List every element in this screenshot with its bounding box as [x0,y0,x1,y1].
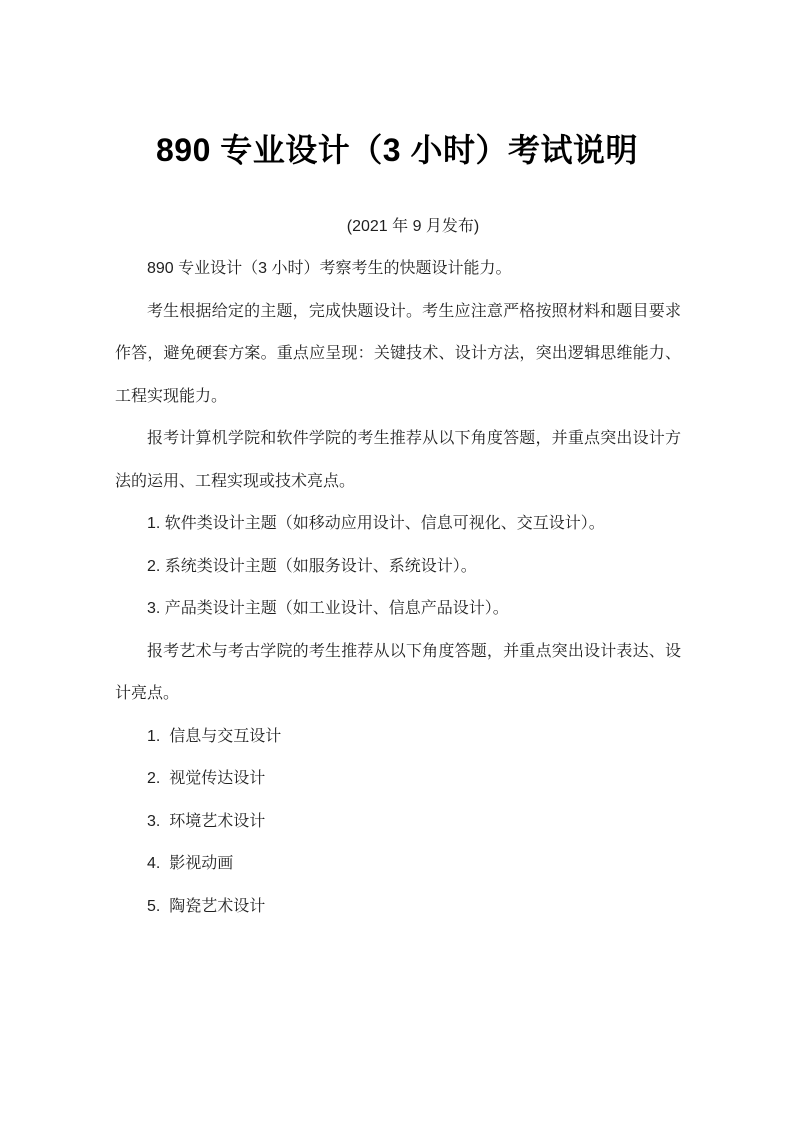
list-item-cs-topic-3: 3. 产品类设计主题（如工业设计、信息产品设计）。 [115,588,681,631]
list-item-art-topic-5: 5. 陶瓷艺术设计 [115,886,681,929]
list-item-art-topic-4: 4. 影视动画 [115,843,681,886]
paragraph-art-college-note: 报考艺术与考古学院的考生推荐从以下角度答题，并重点突出设计表达、设计亮点。 [115,631,681,716]
document-page: 890 专业设计（3 小时）考试说明 (2021 年 9 月发布) 890 专业… [0,0,794,1123]
list-item-art-topic-3: 3. 环境艺术设计 [115,801,681,844]
list-item-art-topic-1: 1. 信息与交互设计 [115,716,681,759]
list-item-cs-topic-1: 1. 软件类设计主题（如移动应用设计、信息可视化、交互设计）。 [115,503,681,546]
document-title: 890 专业设计（3 小时）考试说明 [0,0,794,170]
paragraph-requirements: 考生根据给定的主题，完成快题设计。考生应注意严格按照材料和题目要求作答，避免硬套… [115,291,681,419]
paragraph-intro: 890 专业设计（3 小时）考察考生的快题设计能力。 [115,248,681,291]
publish-date-line: (2021 年 9 月发布) [0,216,794,238]
list-item-cs-topic-2: 2. 系统类设计主题（如服务设计、系统设计）。 [115,546,681,589]
list-item-art-topic-2: 2. 视觉传达设计 [115,758,681,801]
document-body: 890 专业设计（3 小时）考察考生的快题设计能力。 考生根据给定的主题，完成快… [115,248,681,928]
paragraph-cs-college-note: 报考计算机学院和软件学院的考生推荐从以下角度答题，并重点突出设计方法的运用、工程… [115,418,681,503]
